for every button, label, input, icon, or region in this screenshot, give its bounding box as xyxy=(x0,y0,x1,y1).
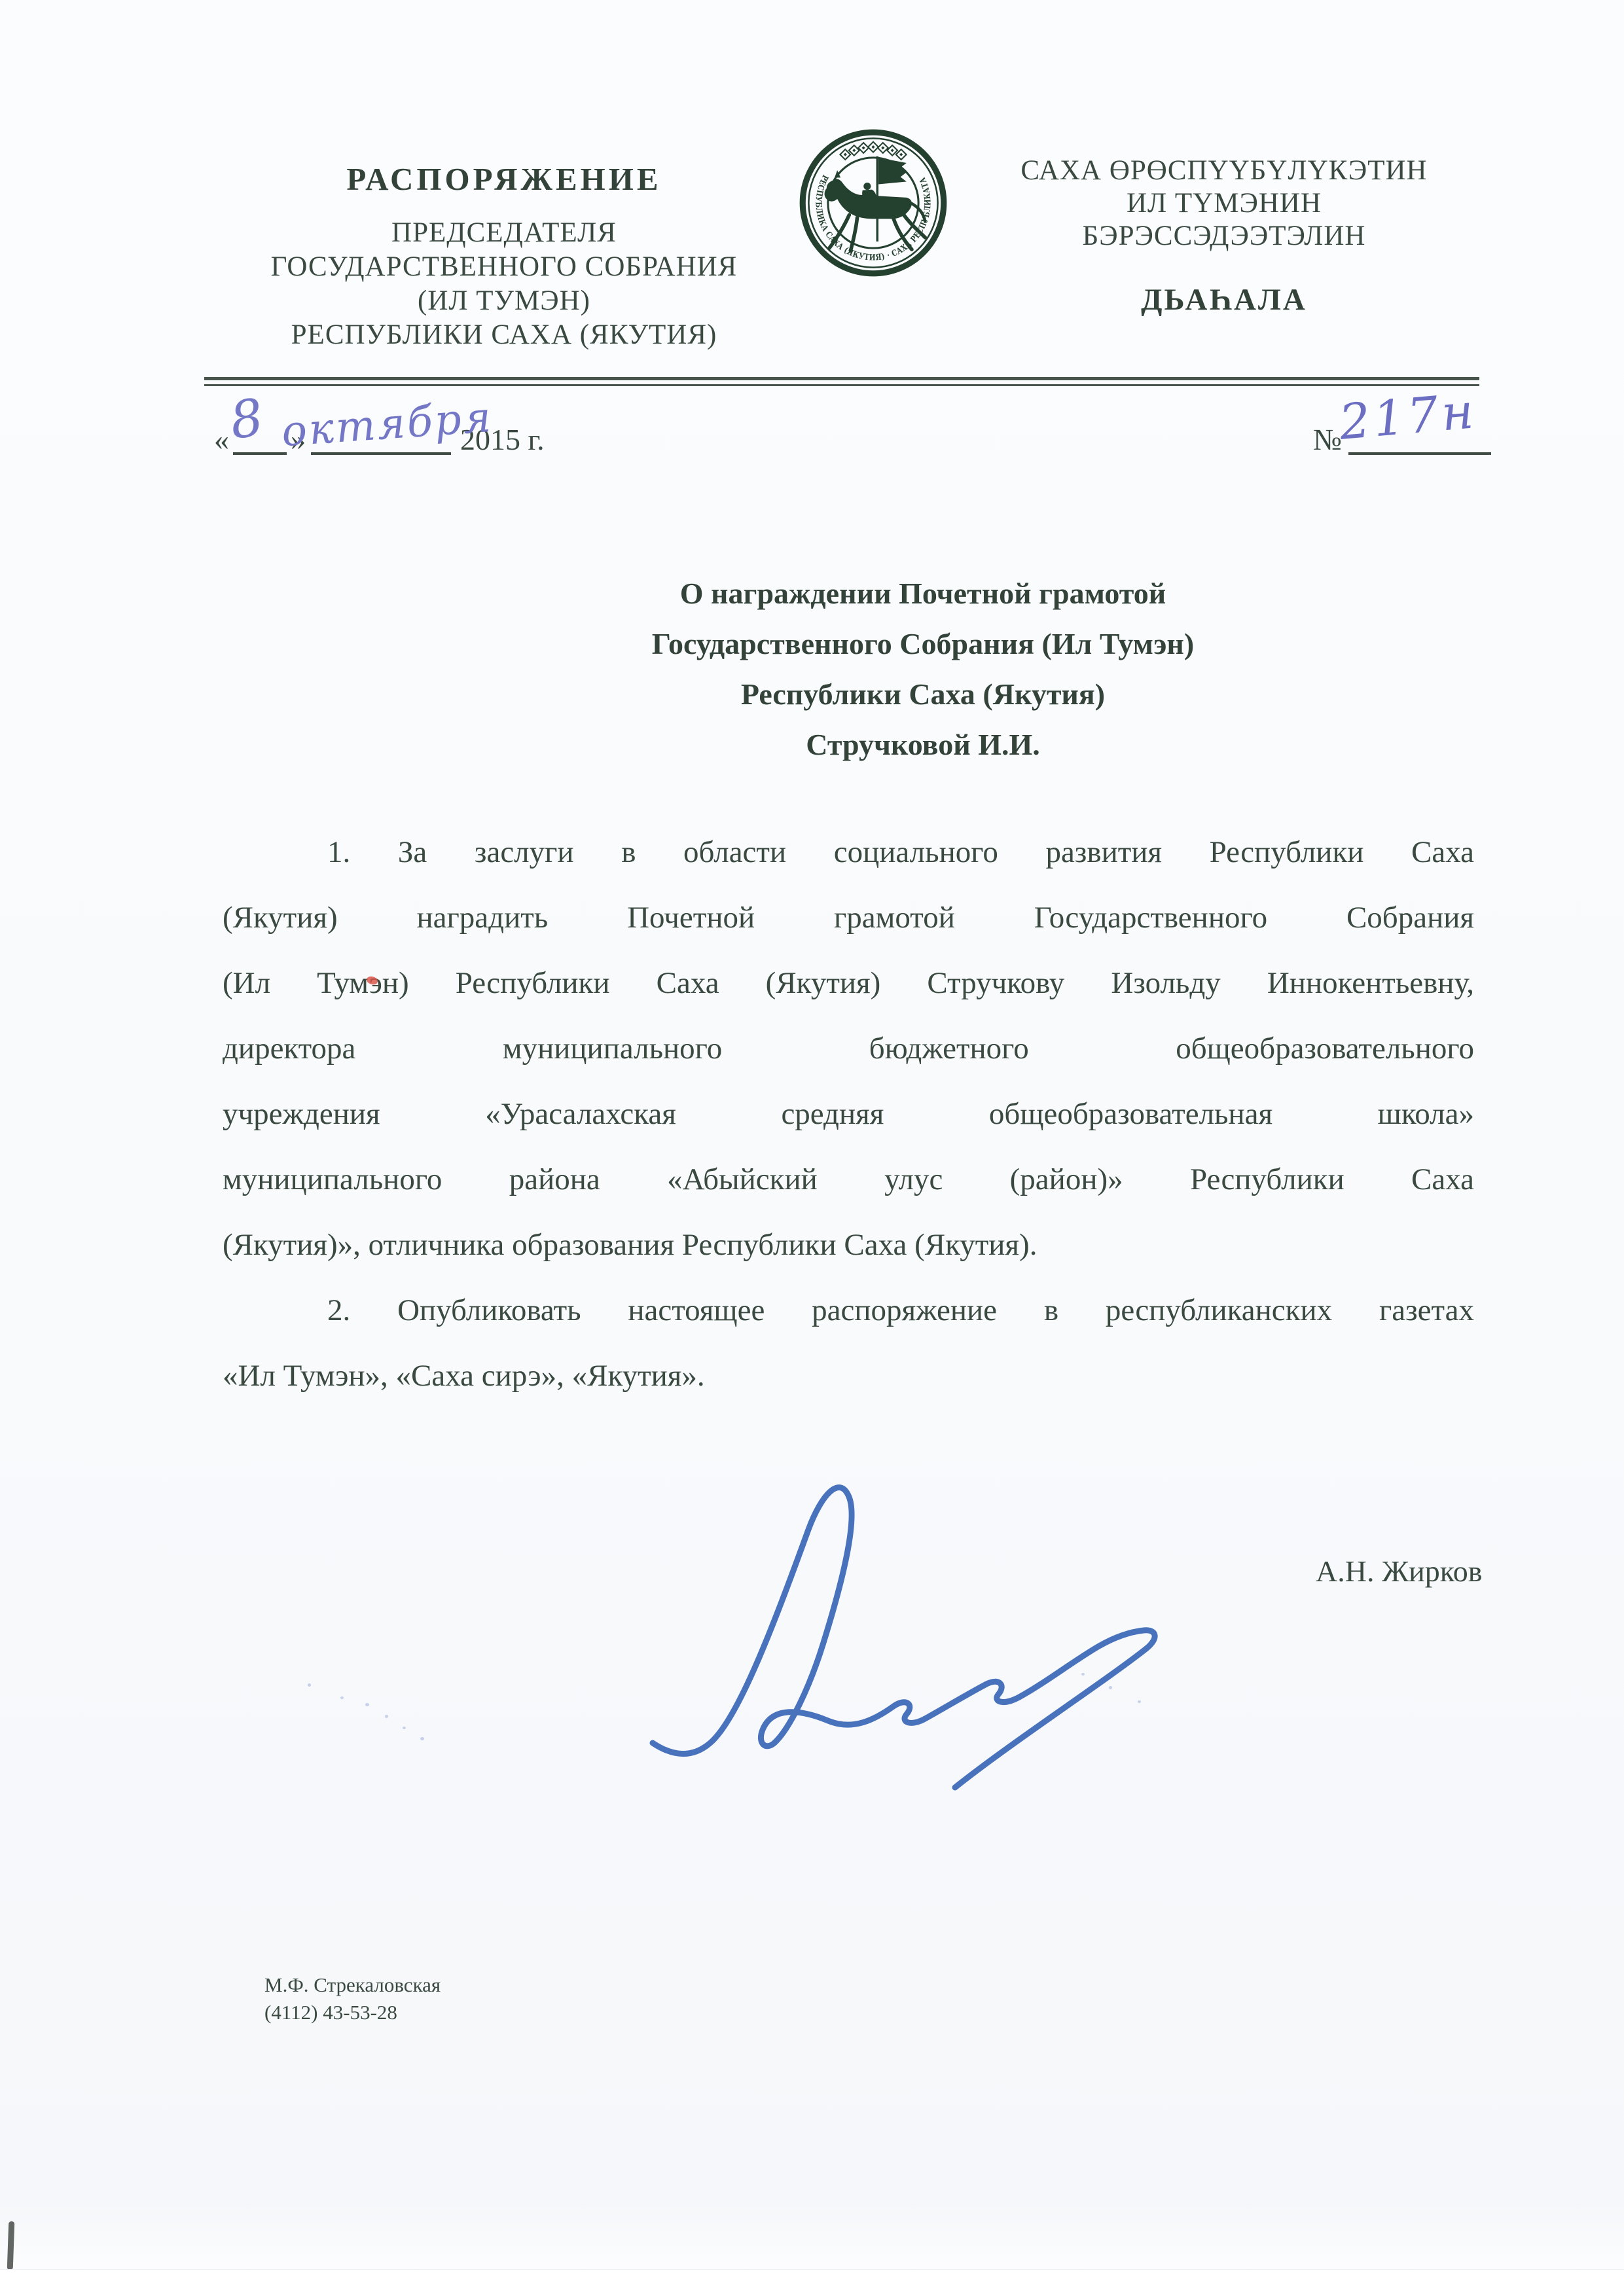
body-line: «Ил Тумэн», «Саха сирэ», «Якутия». xyxy=(223,1343,1474,1408)
body-line: (Якутия)», отличника образования Республ… xyxy=(223,1212,1474,1278)
title-line: О награждении Почетной грамотой xyxy=(393,568,1453,619)
issuer-line: САХА ӨРӨСПҮҮБҮЛҮКЭТИН xyxy=(975,154,1473,187)
open-quote: « xyxy=(214,423,229,456)
title-line: Государственного Собрания (Ил Тумэн) xyxy=(393,619,1453,669)
body-line: (Ил Тумэн) Республики Саха (Якутия) Стру… xyxy=(223,950,1474,1016)
body-line: 1. За заслуги в области социального разв… xyxy=(223,819,1474,885)
document-type-title: РАСПОРЯЖЕНИЕ xyxy=(209,161,799,198)
header-divider-rule xyxy=(204,377,1479,386)
handwritten-number: 217н xyxy=(1337,383,1479,451)
scan-edge-streak xyxy=(7,2221,15,2270)
footer-contact: М.Ф. Стрекаловская (4112) 43-53-28 xyxy=(264,1971,441,2026)
title-line: Республики Саха (Якутия) xyxy=(393,669,1453,719)
body-line: директора муниципального бюджетного обще… xyxy=(223,1016,1474,1081)
issuer-line: БЭРЭССЭДЭЭТЭЛИН xyxy=(975,220,1473,253)
scanner-bed-edge xyxy=(0,2269,1624,2296)
document-type-title-sakha: ДЬАҺАЛА xyxy=(975,281,1473,318)
signer-name: А.Н. Жирков xyxy=(1316,1554,1483,1588)
issuer-line: ПРЕДСЕДАТЕЛЯ xyxy=(209,216,799,250)
scanned-document-page: РАСПОРЯЖЕНИЕ ПРЕДСЕДАТЕЛЯ ГОСУДАРСТВЕННО… xyxy=(0,0,1624,2296)
issuer-block-sakha: САХА ӨРӨСПҮҮБҮЛҮКЭТИН ИЛ ТҮМЭНИН БЭРЭССЭ… xyxy=(975,154,1473,253)
body-line: (Якутия) наградить Почетной грамотой Гос… xyxy=(223,885,1474,950)
footer-contact-name: М.Ф. Стрекаловская xyxy=(264,1971,441,1999)
body-line: учреждения «Урасалахская средняя общеобр… xyxy=(223,1081,1474,1147)
issuer-line: ГОСУДАРСТВЕННОГО СОБРАНИЯ xyxy=(209,250,799,284)
issuer-line: ИЛ ТҮМЭНИН xyxy=(975,187,1473,220)
document-subject-title: О награждении Почетной грамотой Государс… xyxy=(393,568,1453,770)
number-label: № xyxy=(1313,423,1342,456)
issuer-block-ru: ПРЕДСЕДАТЕЛЯ ГОСУДАРСТВЕННОГО СОБРАНИЯ (… xyxy=(209,216,799,352)
title-line: Стручковой И.И. xyxy=(393,719,1453,770)
body-line: 2. Опубликовать настоящее распоряжение в… xyxy=(223,1278,1474,1343)
issuer-line: (ИЛ ТУМЭН) xyxy=(209,284,799,318)
issuer-line: РЕСПУБЛИКИ САХА (ЯКУТИЯ) xyxy=(209,318,799,352)
signature-ink xyxy=(612,1430,1201,1810)
document-body: 1. За заслуги в области социального разв… xyxy=(223,819,1474,1408)
state-seal-emblem-icon: РЕСПУБЛИКА САХА (ЯКУТИЯ) · САХА РЕСПУБЛИ… xyxy=(793,123,953,283)
body-line: муниципального района «Абыйский улус (ра… xyxy=(223,1147,1474,1212)
footer-phone: (4112) 43-53-28 xyxy=(264,1999,441,2026)
